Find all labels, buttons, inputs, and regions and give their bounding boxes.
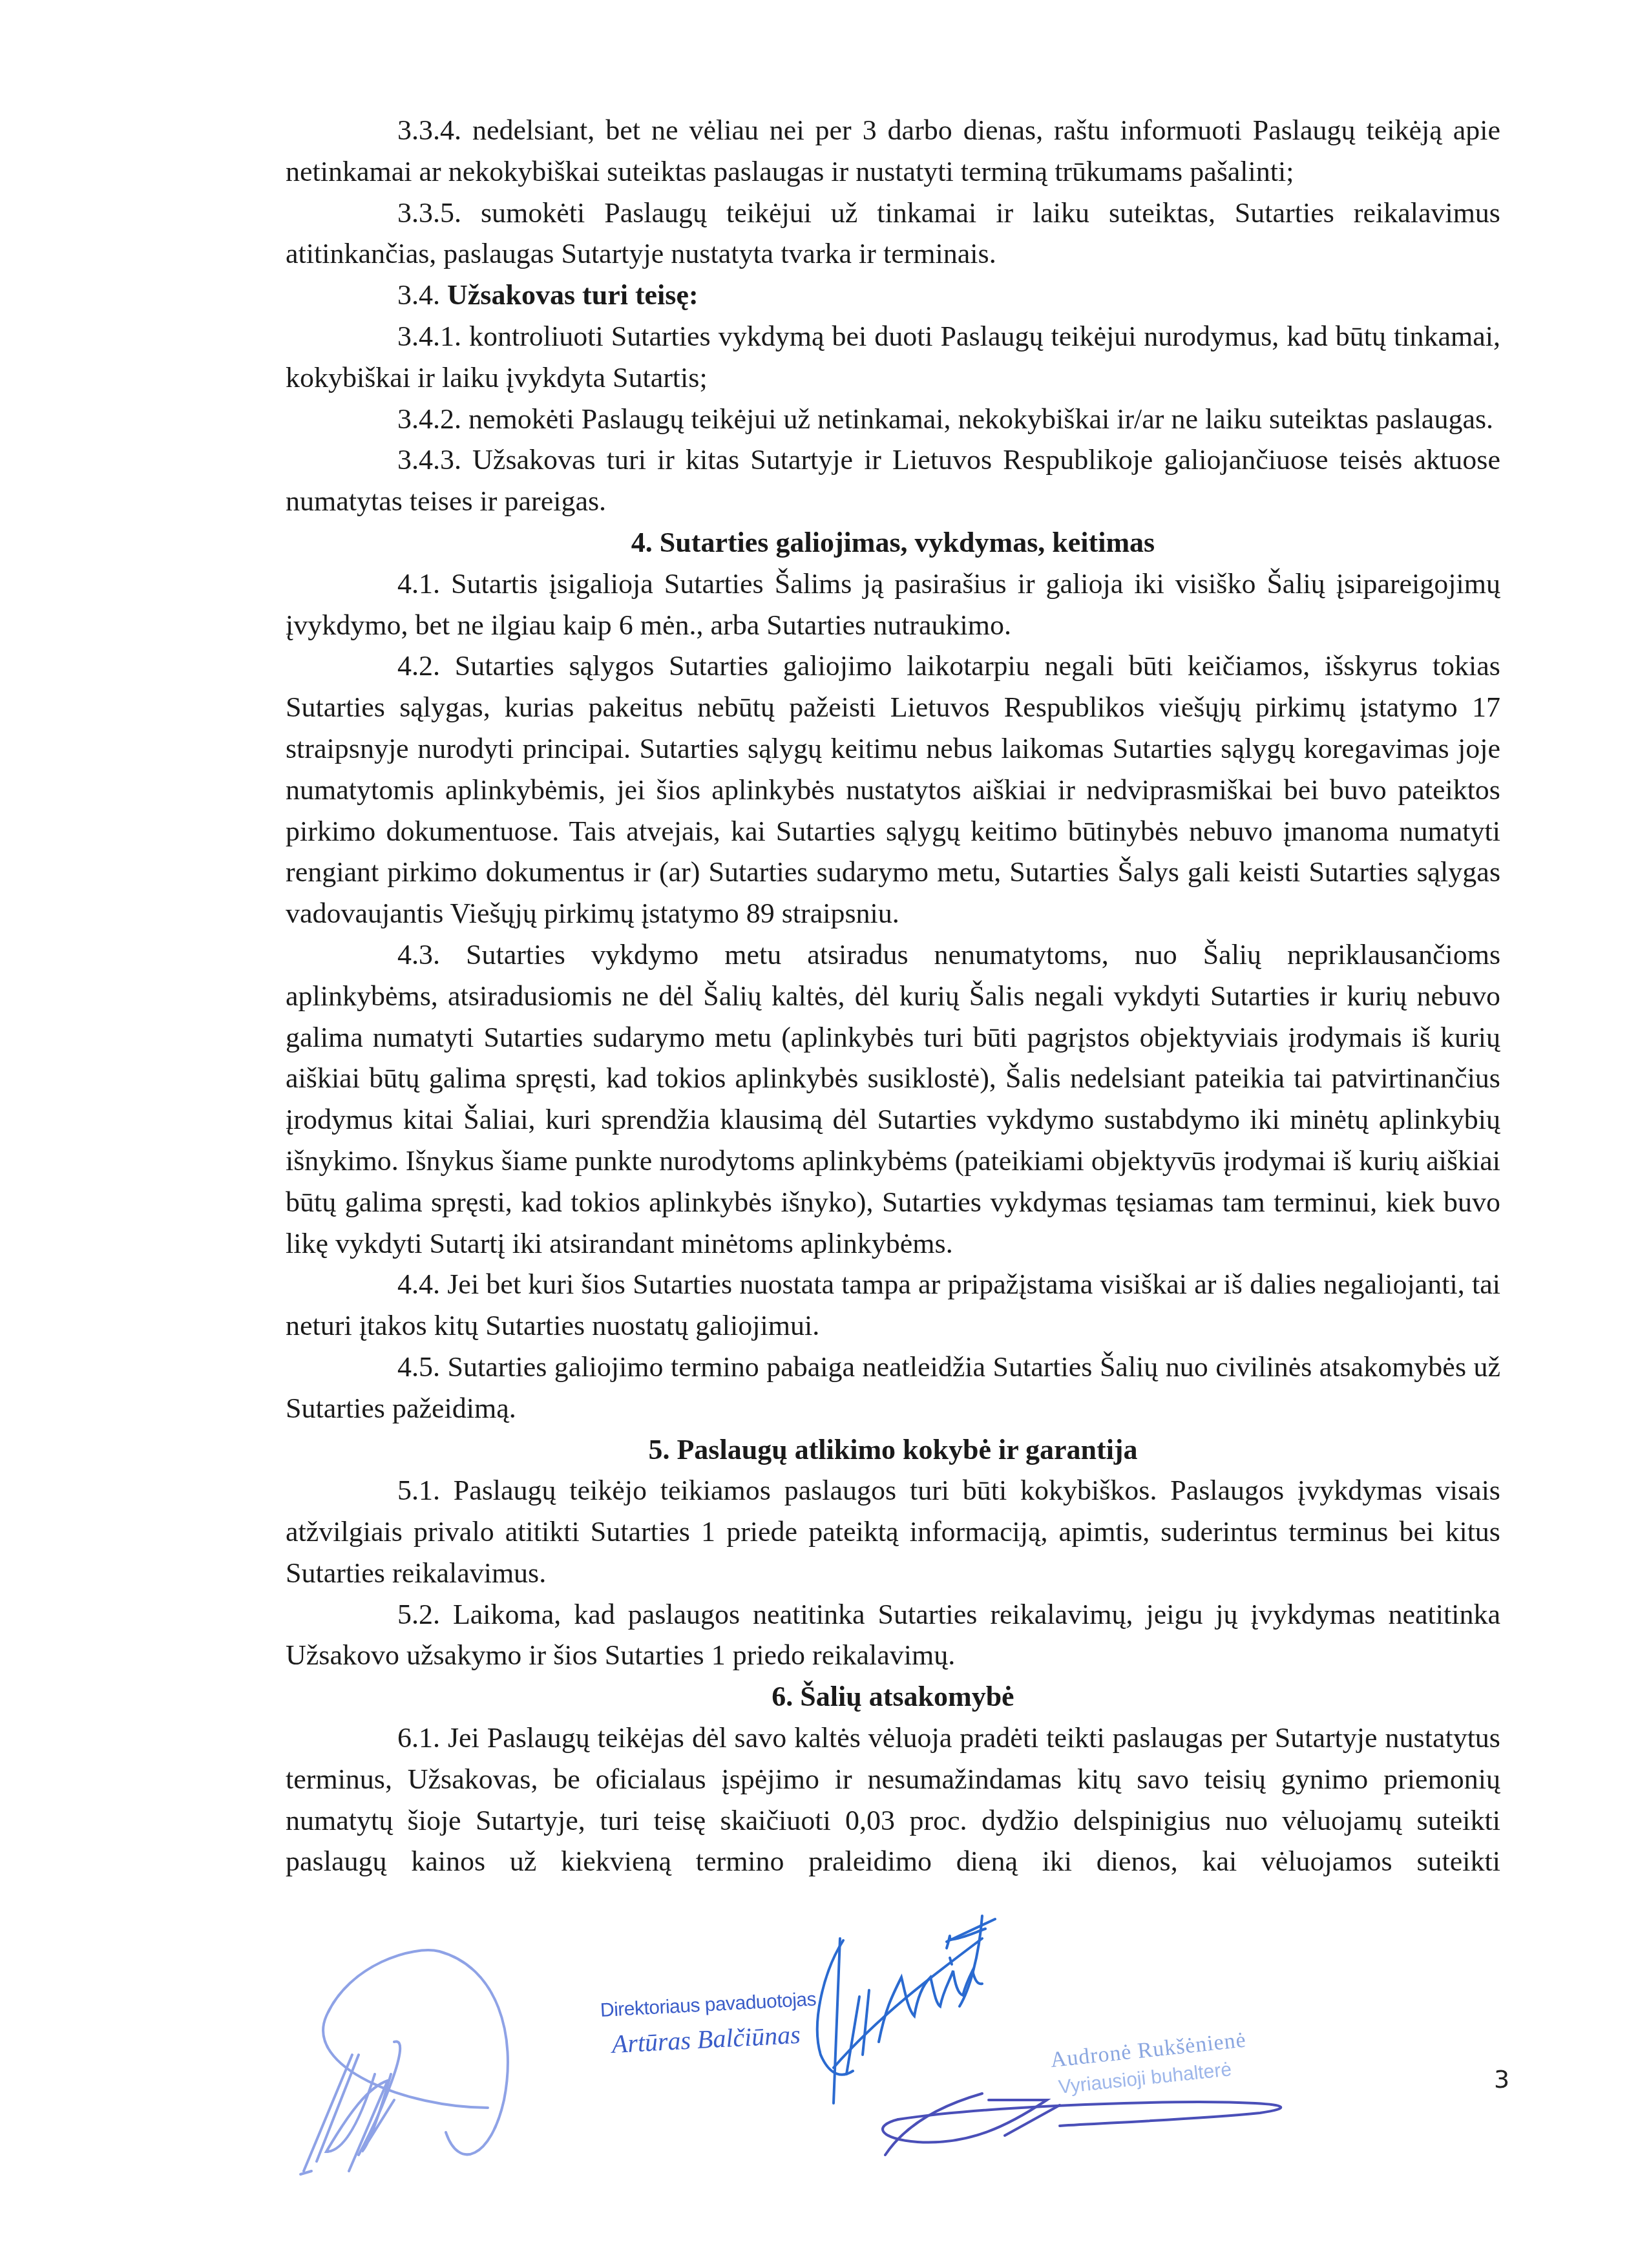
clause-3-4-2: 3.4.2. nemokėti Paslaugų teikėjui už net… <box>286 399 1500 440</box>
clause-6-1: 6.1. Jei Paslaugų teikėjas dėl savo kalt… <box>286 1717 1500 1882</box>
clause-4-3: 4.3. Sutarties vykdymo metu atsiradus ne… <box>286 934 1500 1264</box>
section-5-heading: 5. Paslaugų atlikimo kokybė ir garantija <box>286 1429 1500 1471</box>
clause-5-1: 5.1. Paslaugų teikėjo teikiamos paslaugo… <box>286 1470 1500 1593</box>
contract-text: 3.3.4. nedelsiant, bet ne vėliau nei per… <box>286 110 1500 1882</box>
clause-number: 3.4. <box>397 279 440 311</box>
stamp-deputy-title: Direktoriaus pavaduotojas <box>600 1989 817 2022</box>
document-page: 3.3.4. nedelsiant, bet ne vėliau nei per… <box>0 0 1649 2268</box>
clause-3-3-4: 3.3.4. nedelsiant, bet ne vėliau nei per… <box>286 110 1500 193</box>
signature-middle-icon <box>817 1916 995 2103</box>
clause-5-2: 5.2. Laikoma, kad paslaugos neatitinka S… <box>286 1594 1500 1677</box>
page-number: 3 <box>1494 2065 1509 2094</box>
clause-3-4-heading: 3.4. Užsakovas turi teisę: <box>286 275 1500 316</box>
clause-4-2: 4.2. Sutarties sąlygos Sutarties galioji… <box>286 646 1500 934</box>
signature-left-icon <box>300 1950 508 2174</box>
section-4-heading: 4. Sutarties galiojimas, vykdymas, keiti… <box>286 522 1500 563</box>
stamp-deputy-name: Artūras Balčiūnas <box>611 2019 801 2059</box>
clause-3-4-3: 3.4.3. Užsakovas turi ir kitas Sutartyje… <box>286 439 1500 522</box>
clause-4-1: 4.1. Sutartis įsigalioja Sutarties Šalim… <box>286 563 1500 646</box>
signature-right-icon <box>883 2094 1281 2155</box>
clause-4-5: 4.5. Sutarties galiojimo termino pabaiga… <box>286 1347 1500 1429</box>
clause-3-4-1: 3.4.1. kontroliuoti Sutarties vykdymą be… <box>286 316 1500 399</box>
clause-3-3-5: 3.3.5. sumokėti Paslaugų teikėjui už tin… <box>286 193 1500 275</box>
clause-title: Užsakovas turi teisę: <box>447 279 698 311</box>
section-6-heading: 6. Šalių atsakomybė <box>286 1676 1500 1717</box>
clause-4-4: 4.4. Jei bet kuri šios Sutarties nuostat… <box>286 1264 1500 1347</box>
